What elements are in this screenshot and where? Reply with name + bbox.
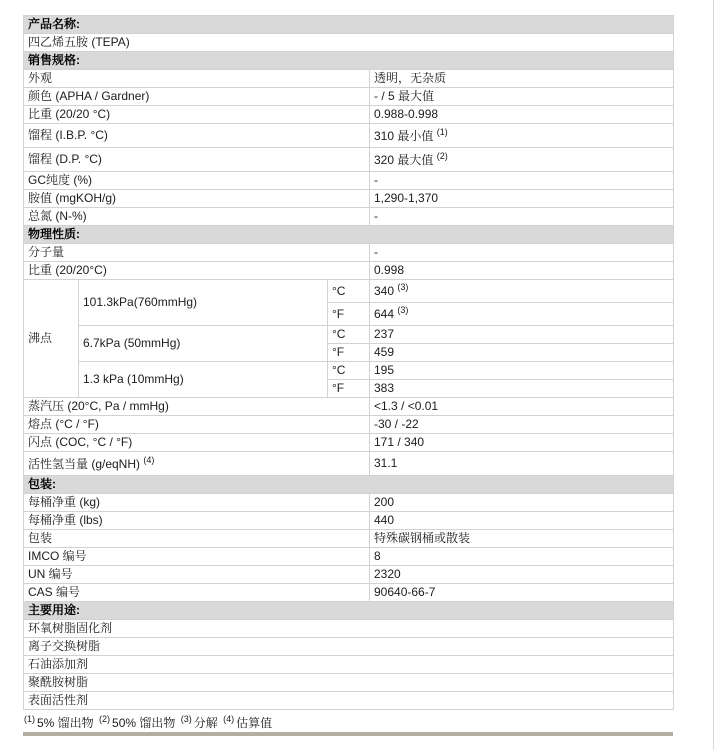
spec-value-text: 644 [374, 307, 394, 321]
table-row: 石油添加剂 [24, 656, 674, 674]
table-row: 蒸汽压 (20°C, Pa / mmHg) <1.3 / <0.01 [24, 398, 674, 416]
spec-value: - [370, 244, 674, 262]
table-row: 四乙烯五胺 (TEPA) [24, 34, 674, 52]
spec-label: 闪点 (COC, °C / °F) [24, 434, 370, 452]
spec-value: 31.1 [370, 452, 674, 476]
table-row: 比重 (20/20 °C) 0.988-0.998 [24, 106, 674, 124]
spec-value: -30 / -22 [370, 416, 674, 434]
section-title-sales: 销售规格: [24, 52, 674, 70]
footnote-marker: (1) [24, 714, 35, 724]
spec-value: 310 最小值 (1) [370, 124, 674, 148]
section-header-row: 物理性质: [24, 226, 674, 244]
table-row: 胺值 (mgKOH/g) 1,290-1,370 [24, 190, 674, 208]
table-row: GC纯度 (%) - [24, 172, 674, 190]
section-header-row: 主要用途: [24, 602, 674, 620]
spec-label: 每桶净重 (kg) [24, 494, 370, 512]
footnote-ref: (4) [143, 455, 154, 465]
spec-label: 馏程 (I.B.P. °C) [24, 124, 370, 148]
unit-fahrenheit: °F [328, 344, 370, 362]
table-row: 熔点 (°C / °F) -30 / -22 [24, 416, 674, 434]
table-row: 闪点 (COC, °C / °F) 171 / 340 [24, 434, 674, 452]
spec-value: 0.998 [370, 262, 674, 280]
use-item: 聚酰胺树脂 [24, 674, 674, 692]
spec-value: 644 (3) [370, 303, 674, 326]
footnote-ref: (1) [437, 127, 448, 137]
spec-value: 90640-66-7 [370, 584, 674, 602]
footnote-ref: (3) [397, 282, 408, 292]
spec-label: 馏程 (D.P. °C) [24, 148, 370, 172]
footnote-marker: (3) [181, 714, 192, 724]
section-header-row: 销售规格: [24, 52, 674, 70]
spec-label: 分子量 [24, 244, 370, 262]
spec-value: 440 [370, 512, 674, 530]
table-row: 分子量 - [24, 244, 674, 262]
spec-label: 总氮 (N-%) [24, 208, 370, 226]
footnote-text: 分解 [194, 716, 218, 730]
footnote-marker: (4) [223, 714, 234, 724]
use-item: 环氧树脂固化剂 [24, 620, 674, 638]
unit-fahrenheit: °F [328, 380, 370, 398]
spec-label: CAS 编号 [24, 584, 370, 602]
table-row: 颜色 (APHA / Gardner) - / 5 最大值 [24, 88, 674, 106]
table-row: 沸点 101.3kPa(760mmHg) °C 340 (3) [24, 280, 674, 303]
table-row: 表面活性剂 [24, 692, 674, 710]
spec-label: 活性氢当量 (g/eqNH) (4) [24, 452, 370, 476]
spec-value-text: 310 最小值 [374, 129, 433, 143]
footnote-ref: (3) [397, 305, 408, 315]
pressure-label: 1.3 kPa (10mmHg) [79, 362, 328, 398]
spec-value: 0.988-0.998 [370, 106, 674, 124]
section-header-row: 产品名称: [24, 16, 674, 34]
pressure-label: 6.7kPa (50mmHg) [79, 326, 328, 362]
spec-value: 特殊碳钢桶或散装 [370, 530, 674, 548]
spec-label: 熔点 (°C / °F) [24, 416, 370, 434]
spec-value: 320 最大值 (2) [370, 148, 674, 172]
table-row: 1.3 kPa (10mmHg) °C 195 [24, 362, 674, 380]
section-title-product: 产品名称: [24, 16, 674, 34]
spec-value: 237 [370, 326, 674, 344]
unit-fahrenheit: °F [328, 303, 370, 326]
spec-value: 透明，无杂质 [370, 70, 674, 88]
spec-value: 459 [370, 344, 674, 362]
spec-value: 1,290-1,370 [370, 190, 674, 208]
spec-label: 每桶净重 (lbs) [24, 512, 370, 530]
table-row: CAS 编号 90640-66-7 [24, 584, 674, 602]
section-title-uses: 主要用途: [24, 602, 674, 620]
page-right-border [713, 0, 714, 750]
unit-celsius: °C [328, 326, 370, 344]
table-row: 环氧树脂固化剂 [24, 620, 674, 638]
spec-value: 383 [370, 380, 674, 398]
section-header-row: 包装: [24, 476, 674, 494]
spec-value: - [370, 208, 674, 226]
spec-label: 比重 (20/20 °C) [24, 106, 370, 124]
footnote-marker: (2) [99, 714, 110, 724]
spec-label: 比重 (20/20°C) [24, 262, 370, 280]
spec-label: 蒸汽压 (20°C, Pa / mmHg) [24, 398, 370, 416]
table-row: 外观 透明，无杂质 [24, 70, 674, 88]
footnotes-line: (1)5% 馏出物 (2)50% 馏出物 (3)分解 (4)估算值 [23, 710, 673, 731]
spec-value: 8 [370, 548, 674, 566]
table-row: 每桶净重 (kg) 200 [24, 494, 674, 512]
spec-label: 胺值 (mgKOH/g) [24, 190, 370, 208]
table-row: 馏程 (D.P. °C) 320 最大值 (2) [24, 148, 674, 172]
use-item: 离子交换树脂 [24, 638, 674, 656]
section-title-physical: 物理性质: [24, 226, 674, 244]
boiling-point-label: 沸点 [24, 280, 79, 398]
table-row: 每桶净重 (lbs) 440 [24, 512, 674, 530]
table-row: 馏程 (I.B.P. °C) 310 最小值 (1) [24, 124, 674, 148]
footnote-text: 50% 馏出物 [112, 716, 175, 730]
table-row: 总氮 (N-%) - [24, 208, 674, 226]
spec-value: 200 [370, 494, 674, 512]
product-name: 四乙烯五胺 (TEPA) [24, 34, 674, 52]
table-row: 6.7kPa (50mmHg) °C 237 [24, 326, 674, 344]
table-row: 活性氢当量 (g/eqNH) (4) 31.1 [24, 452, 674, 476]
table-row: UN 编号 2320 [24, 566, 674, 584]
unit-celsius: °C [328, 362, 370, 380]
spec-label: 包装 [24, 530, 370, 548]
spec-value-text: 320 最大值 [374, 153, 433, 167]
spec-value: <1.3 / <0.01 [370, 398, 674, 416]
bottom-divider-bar [23, 732, 673, 736]
spec-value: 2320 [370, 566, 674, 584]
spec-label: UN 编号 [24, 566, 370, 584]
spec-value: - [370, 172, 674, 190]
table-row: IMCO 编号 8 [24, 548, 674, 566]
product-spec-table: 产品名称: 四乙烯五胺 (TEPA) 销售规格: 外观 透明，无杂质 颜色 (A… [23, 15, 674, 710]
spec-label: GC纯度 (%) [24, 172, 370, 190]
unit-celsius: °C [328, 280, 370, 303]
spec-label: IMCO 编号 [24, 548, 370, 566]
footnote-text: 5% 馏出物 [37, 716, 94, 730]
spec-value: 171 / 340 [370, 434, 674, 452]
use-item: 表面活性剂 [24, 692, 674, 710]
spec-value-text: 340 [374, 284, 394, 298]
product-spec-sheet: 产品名称: 四乙烯五胺 (TEPA) 销售规格: 外观 透明，无杂质 颜色 (A… [23, 15, 673, 736]
spec-value: 340 (3) [370, 280, 674, 303]
spec-value: - / 5 最大值 [370, 88, 674, 106]
table-row: 离子交换树脂 [24, 638, 674, 656]
spec-label: 颜色 (APHA / Gardner) [24, 88, 370, 106]
spec-label: 外观 [24, 70, 370, 88]
pressure-label: 101.3kPa(760mmHg) [79, 280, 328, 326]
use-item: 石油添加剂 [24, 656, 674, 674]
table-row: 比重 (20/20°C) 0.998 [24, 262, 674, 280]
section-title-packaging: 包装: [24, 476, 674, 494]
footnote-text: 估算值 [236, 716, 272, 730]
footnote-ref: (2) [437, 151, 448, 161]
table-row: 聚酰胺树脂 [24, 674, 674, 692]
spec-value: 195 [370, 362, 674, 380]
table-row: 包装 特殊碳钢桶或散装 [24, 530, 674, 548]
spec-label-text: 活性氢当量 (g/eqNH) [28, 457, 140, 471]
